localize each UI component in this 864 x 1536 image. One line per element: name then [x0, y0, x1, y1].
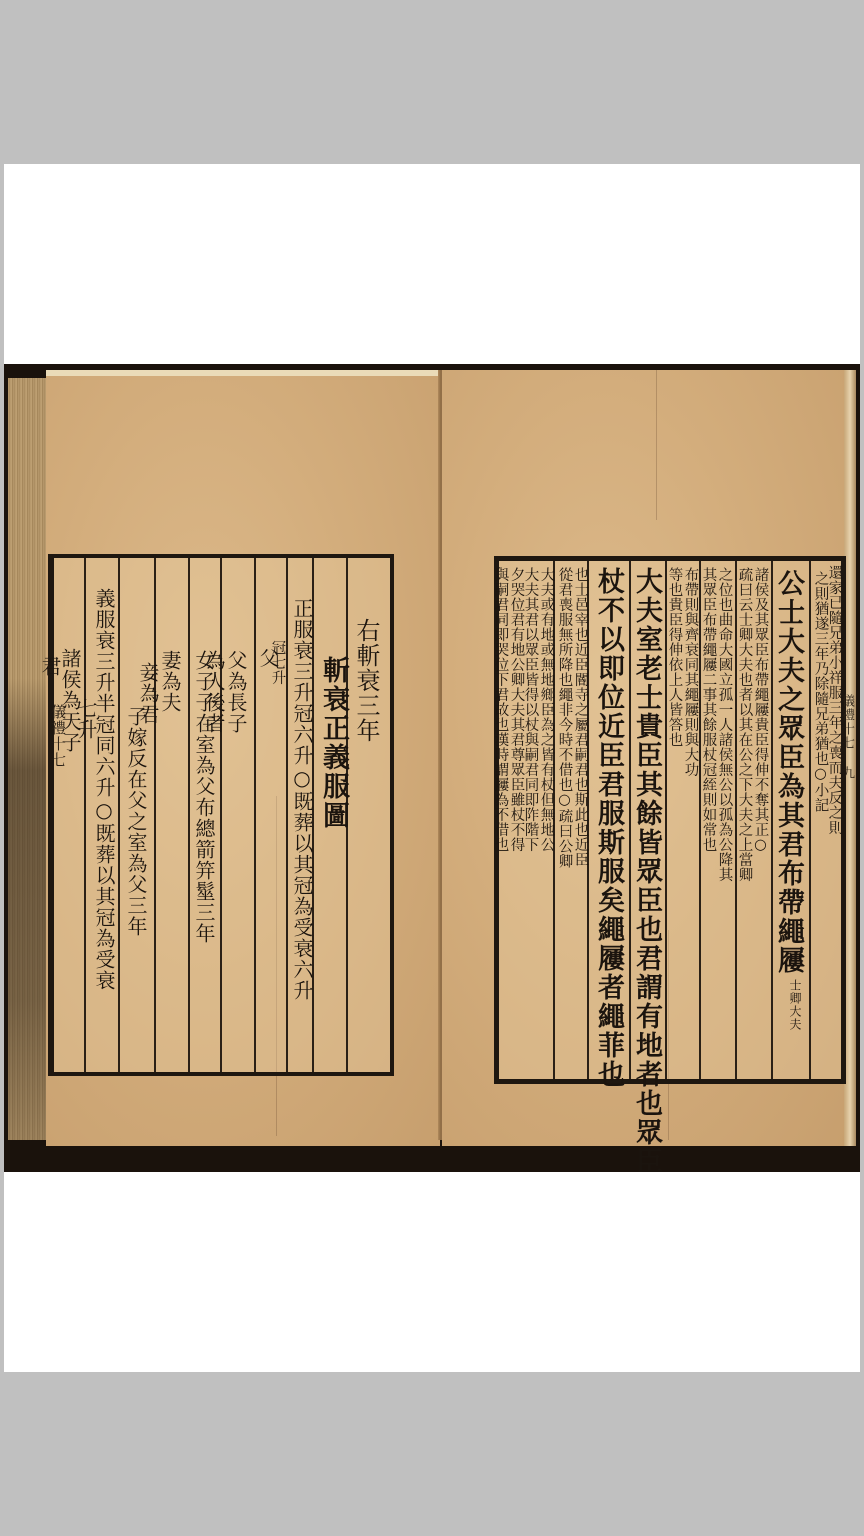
column-rule	[154, 558, 156, 1072]
commentary-column: 諸侯及其眾臣布帶繩屨貴臣得伸不奪其正○	[753, 567, 768, 854]
fold-label: 儀禮十七	[50, 704, 65, 768]
commentary-column: 與嗣君同即哭位下君故也漢時謂屨為不借也	[493, 567, 508, 852]
text-column: 父為長子	[226, 650, 246, 734]
main-text-column: 公士大夫之眾臣為其君布帶繩屨	[775, 569, 802, 975]
text-column: 義服衰三升半冠同六升○既葬以其冠為受衰	[94, 588, 114, 991]
main-text-column: 杖不以即位近臣君服斯服矣繩屨者繩菲也	[595, 567, 622, 1089]
column-rule	[254, 558, 256, 1072]
text-column: 子嫁反在父之室為父三年	[126, 706, 146, 937]
right-page-text-frame: 還家已隨兄弟小祥服三年之喪而夫反之則 之則猶遂三年乃除隨兄弟猶也○小記 公士大夫…	[494, 556, 846, 1084]
paper-crease	[656, 370, 657, 520]
commentary-column: 大夫或有地或無地鄉臣為之皆有杖但無地公	[539, 567, 554, 852]
commentary-column: 士卿大夫	[789, 979, 801, 1031]
column-rule	[809, 561, 811, 1079]
chart-heading: 右斬衰三年	[354, 618, 378, 743]
commentary-column: 之則猶遂三年乃除隨兄弟猶也○小記	[813, 571, 828, 813]
text-column: 正服衰三升冠六升○既葬以其冠為受衰六升	[292, 598, 312, 1001]
left-page-text-frame: 右斬衰三年 斬衰正義服圖 正服衰三升冠六升○既葬以其冠為受衰六升 冠七升 父 父…	[48, 554, 394, 1076]
commentary-column: 之位也曲命大國立孤一人諸侯無公以孤為公降其	[717, 567, 732, 882]
text-column: 父	[258, 648, 278, 669]
commentary-column: 夕哭位君有地公卿大夫其君尊眾臣雖杖不得	[509, 567, 524, 852]
chart-title: 斬衰正義服圖	[320, 656, 347, 830]
column-rule	[118, 558, 120, 1072]
commentary-column: 疏曰云士卿大夫也者以其在公之下大夫之上當卿	[737, 567, 752, 882]
text-column: 妻為夫	[160, 650, 180, 713]
column-rule	[286, 558, 288, 1072]
text-column: 女子子在室為父布總箭笄髽三年	[194, 650, 214, 944]
main-text-column: 大夫室老士貴臣其餘皆眾臣也君謂有地者也眾臣	[633, 567, 660, 1172]
commentary-column: 等也貴臣得伸依上人皆答也	[667, 567, 682, 747]
book-photo[interactable]: 右斬衰三年 斬衰正義服圖 正服衰三升冠六升○既葬以其冠為受衰六升 冠七升 父 父…	[4, 364, 860, 1172]
text-column: 君	[40, 656, 60, 677]
commentary-column: 大夫其君以眾臣皆得以杖與嗣君同即阼階下	[523, 567, 538, 852]
fold-label: 儀禮十七 九	[840, 694, 853, 780]
commentary-column: 從君喪服無所降也繩非今時不借也○疏曰公卿	[557, 567, 572, 869]
commentary-column: 其眾臣布帶繩屨二事其餘服杖冠絰則如常也	[701, 567, 716, 852]
column-rule	[188, 558, 190, 1072]
column-rule	[84, 558, 86, 1072]
commentary-column: 布帶則與齊衰同其繩屨則與大功	[683, 567, 698, 777]
column-rule	[220, 558, 222, 1072]
commentary-column: 也士邑宰也近臣閽寺之屬君嗣君也斯此也近臣	[573, 567, 588, 867]
